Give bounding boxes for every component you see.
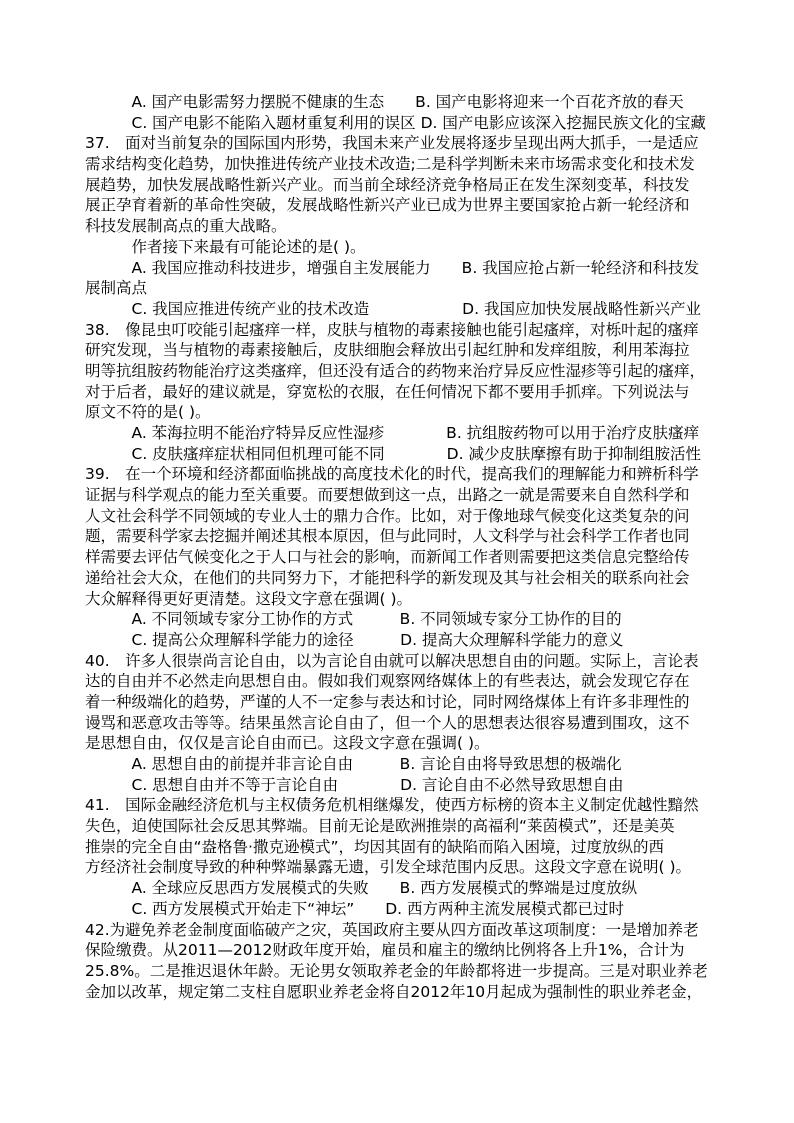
text-line: 对于后者，最好的建议就是，穿宽松的衣服，在任何情况下都不要用手抓痒。下列说法与 bbox=[85, 382, 730, 403]
text-line: A. 全球应反思西方发展模式的失败 B. 西方发展模式的弊端是过度放纵 bbox=[85, 878, 730, 899]
text-line: 原文不符的是( )。 bbox=[85, 402, 730, 423]
text-line: 着一种级端化的趋势，严谨的人不一定参与表达和讨论，同时网络煤体上有许多非理性的 bbox=[85, 692, 730, 713]
text-line: 大众解释得更好更清楚。这段文字意在强调( )。 bbox=[85, 589, 730, 610]
text-line: 递给社会大众，在他们的共同努力下，才能把科学的新发现及其与社会相关的联系向社会 bbox=[85, 568, 730, 589]
text-line: 失色，迫使国际社会反思其弊端。目前无论是欧洲推崇的高福利“莱茵模式”，还是美英 bbox=[85, 816, 730, 837]
text-line: 样需要去评估气候变化之于人口与社会的影响，而新闻工作者则需要把这类信息完整给传 bbox=[85, 547, 730, 568]
text-line: A. 苯海拉明不能治疗特异反应性湿疹 B. 抗组胺药物可以用于治疗皮肤瘙痒 bbox=[85, 423, 730, 444]
text-line: A. 国产电影需努力摆脱不健康的生态 B. 国产电影将迎来一个百花齐放的春天 bbox=[85, 92, 730, 113]
text-line: C. 皮肤瘙痒症状相同但机理可能不同 D. 减少皮肤摩擦有助于抑制组胺活性 bbox=[85, 444, 730, 465]
text-line: 谩骂和恶意攻击等等。结果虽然言论自由了，但一个人的思想表达很容易遭到围攻，这不 bbox=[85, 713, 730, 734]
text-line: 40. 许多人很崇尚言论自由，以为言论自由就可以解决思想自由的问题。实际上，言论… bbox=[85, 651, 730, 672]
text-line: 展正孕育着新的革命性突破，发展战略性新兴产业已成为世界主要国家抢占新一轮经济和 bbox=[85, 195, 730, 216]
text-line: 25.8%。二是推迟退休年龄。无论男女领取养老金的年龄都将进一步提高。三是对职业… bbox=[85, 961, 730, 982]
text-line: A. 我国应推动科技进步，增强自主发展能力 B. 我国应抢占新一轮经济和科技发 bbox=[85, 258, 730, 279]
text-line: 作者接下来最有可能论述的是( )。 bbox=[85, 237, 730, 258]
text-line: 金加以改革，规定第二支柱自愿职业养老金将自2012年10月起成为强制性的职业养老… bbox=[85, 982, 730, 1003]
text-line: 证据与科学观点的能力至关重要。而要想做到这一点，出路之一就是需要来自自然科学和 bbox=[85, 485, 730, 506]
text-line: C. 国产电影不能陷入题材重复利用的误区 D. 国产电影应该深入挖掘民族文化的宝… bbox=[85, 113, 730, 134]
text-line: A. 思想自由的前提并非言论自由 B. 言论自由将导致思想的极端化 bbox=[85, 754, 730, 775]
text-line: 需求结构变化趋势，加快推进传统产业技术改造;二是科学判断未来市场需求变化和技术发 bbox=[85, 154, 730, 175]
text-line: 保险缴费。从2011—2012财政年度开始，雇员和雇主的缴纳比例将各上升1%，合… bbox=[85, 940, 730, 961]
text-line: 39. 在一个环境和经济都面临挑战的高度技术化的时代，提高我们的理解能力和辨析科… bbox=[85, 464, 730, 485]
text-line: 达的自由并不必然走向思想自由。假如我们观察网络媒体上的有些表达，就会发现它存在 bbox=[85, 671, 730, 692]
text-line: 人文社会科学不同领域的专业人士的鼎力合作。比如，对于像地球气候变化这类复杂的问 bbox=[85, 506, 730, 527]
text-line: 题，需要科学家去挖掘并阐述其根本原因，但与此同时，人文科学与社会科学工作者也同 bbox=[85, 526, 730, 547]
text-line: 科技发展制高点的重大战略。 bbox=[85, 216, 730, 237]
text-line: C. 思想自由并不等于言论自由 D. 言论自由不必然导致思想自由 bbox=[85, 775, 730, 796]
text-line: 38. 像昆虫叮咬能引起瘙痒一样，皮肤与植物的毒素接触也能引起瘙痒，对栎叶起的瘙… bbox=[85, 320, 730, 341]
text-line: C. 西方发展模式开始走下“神坛” D. 西方两种主流发展模式都已过时 bbox=[85, 899, 730, 920]
exam-text-block: A. 国产电影需努力摆脱不健康的生态 B. 国产电影将迎来一个百花齐放的春天 C… bbox=[85, 92, 730, 1002]
text-line: 推崇的完全自由“盎格鲁·撒克逊模式”，均因其固有的缺陷而陷入困境，过度放纵的西 bbox=[85, 837, 730, 858]
document-page: A. 国产电影需努力摆脱不健康的生态 B. 国产电影将迎来一个百花齐放的春天 C… bbox=[0, 0, 794, 1123]
text-line: 展趋势，加快发展战略性新兴产业。而当前全球经济竞争格局正在发生深刻变革，科技发 bbox=[85, 175, 730, 196]
text-line: 41. 国际金融经济危机与主权债务危机相继爆发，使西方标榜的资本主义制定优越性黯… bbox=[85, 795, 730, 816]
text-line: 方经济社会制度导致的种种弊端暴露无遗，引发全球范围内反思。这段文字意在说明( )… bbox=[85, 857, 730, 878]
text-line: 37. 面对当前复杂的国际国内形势，我国未来产业发展将逐步呈现出两大抓手，一是适… bbox=[85, 133, 730, 154]
text-line: C. 提高公众理解科学能力的途径 D. 提高大众理解科学能力的意义 bbox=[85, 630, 730, 651]
text-line: 42.为避免养老金制度面临破产之灾，英国政府主要从四方面改革这项制度：一是增加养… bbox=[85, 920, 730, 941]
text-line: 展制高点 bbox=[85, 278, 730, 299]
text-line: C. 我国应推进传统产业的技术改造 D. 我国应加快发展战略性新兴产业 bbox=[85, 299, 730, 320]
text-line: 是思想自由，仅仅是言论自由而已。这段文字意在强调( )。 bbox=[85, 733, 730, 754]
text-line: A. 不同领域专家分工协作的方式 B. 不同领域专家分工协作的目的 bbox=[85, 609, 730, 630]
text-line: 明等抗组胺药物能治疗这类瘙痒，但还没有适合的药物来治疗异反应性湿疹等引起的瘙痒， bbox=[85, 361, 730, 382]
text-line: 研究发现，当与植物的毒素接触后，皮肤细胞会释放出引起红肿和发痒组胺，利用苯海拉 bbox=[85, 340, 730, 361]
